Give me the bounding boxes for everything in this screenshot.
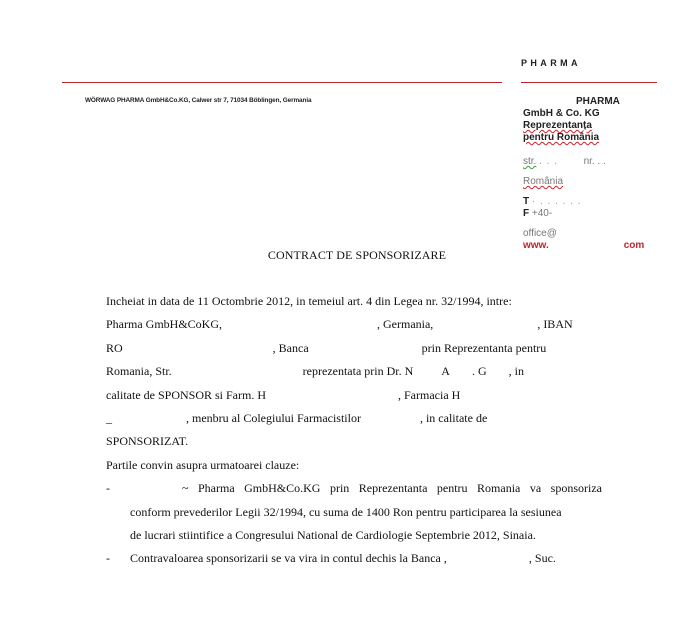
sidebar-phone: T · . . . . . .	[523, 196, 673, 208]
sidebar-representation-2: pentru România	[523, 132, 673, 144]
paragraph-line: Romania, Str. reprezentata prin Dr. NA. …	[106, 360, 602, 383]
clause-item: - ~ Pharma GmbH&Co.KG prin Reprezentanta…	[106, 477, 602, 547]
sidebar-company: GmbH & Co. KG	[523, 108, 673, 120]
contract-body: Incheiat in data de 11 Octombrie 2012, i…	[106, 290, 602, 571]
document-title: CONTRACT DE SPONSORIZARE	[0, 248, 686, 263]
sidebar-pharma: PHARMA	[523, 96, 673, 108]
company-address-line: WÖRWAG PHARMA GmbH&Co.KG, Calwer str 7, …	[85, 97, 311, 104]
bullet-dash: -	[106, 547, 110, 570]
sidebar-street: str. . . . nr. . .	[523, 156, 673, 168]
letterhead-rule-right	[521, 82, 657, 83]
clauses-intro: Partile convin asupra urmatoarei clauze:	[106, 454, 602, 477]
sidebar-fax: F +40-	[523, 208, 673, 220]
paragraph-line: SPONSORIZAT.	[106, 430, 602, 453]
letterhead-rule-left	[62, 82, 502, 83]
paragraph-line: _, menbru al Colegiului Farmacistilor , …	[106, 407, 602, 430]
clause-item: - Contravaloarea sponsorizarii se va vir…	[106, 547, 602, 570]
paragraph-line: Pharma GmbH&CoKG,, Germania,, IBAN	[106, 313, 602, 336]
sidebar-country: România	[523, 176, 673, 188]
paragraph-line: RO, Bancaprin Reprezentanta pentru	[106, 337, 602, 360]
paragraph-line: calitate de SPONSOR si Farm. H, Farmacia…	[106, 384, 602, 407]
sidebar-representation-1: Reprezentanța	[523, 120, 673, 132]
bullet-dash: -	[106, 477, 110, 500]
paragraph-line: Incheiat in data de 11 Octombrie 2012, i…	[106, 290, 602, 313]
company-contact-block: PHARMA GmbH & Co. KG Reprezentanța pentr…	[523, 96, 673, 252]
sidebar-email: office@	[523, 228, 673, 240]
brand-header-text: PHARMA	[521, 58, 581, 68]
